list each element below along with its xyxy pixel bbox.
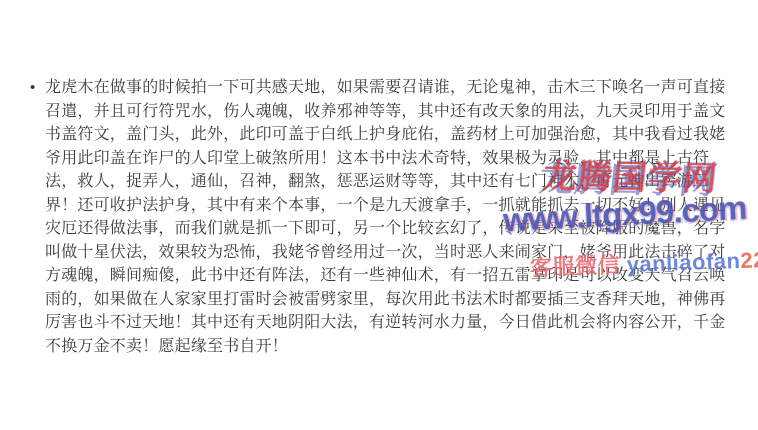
page: { "document": { "bullet_glyph": "•", "pa… — [0, 0, 758, 430]
watermark-contact-suffix: 225 — [740, 247, 758, 273]
bullet-icon: • — [30, 76, 45, 100]
bullet-paragraph: • 龙虎木在做事的时候拍一下可共感天地，如果需要召请谁，无论鬼神，击木三下唤名一… — [30, 76, 730, 358]
paragraph-text: 龙虎木在做事的时候拍一下可共感天地，如果需要召请谁，无论鬼神，击木三下唤名一声可… — [45, 76, 729, 358]
